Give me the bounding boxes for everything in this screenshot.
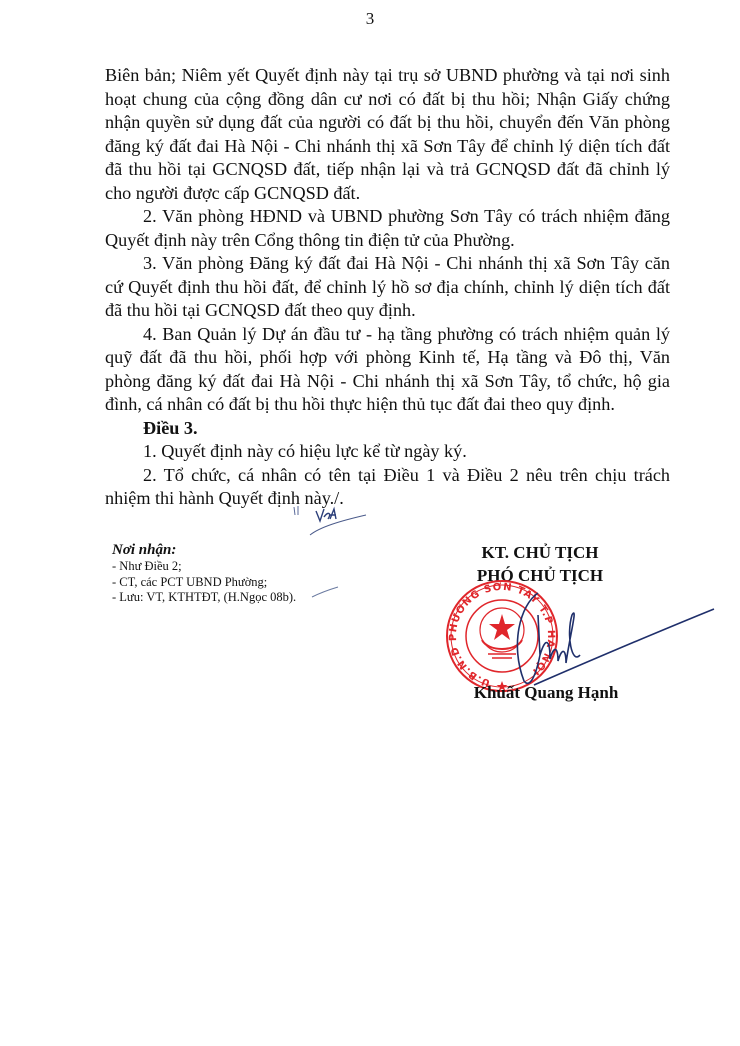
- paragraph-item-2: 2. Văn phòng HĐND và UBND phường Sơn Tây…: [105, 205, 670, 252]
- article-3-heading: Điều 3.: [105, 417, 670, 441]
- document-body: Biên bản; Niêm yết Quyết định này tại tr…: [105, 64, 670, 511]
- paragraph-item-4: 4. Ban Quản lý Dự án đầu tư - hạ tầng ph…: [105, 323, 670, 417]
- recipient-item: - Lưu: VT, KTHTĐT, (H.Ngọc 08b).: [112, 590, 296, 606]
- paragraph-item-3: 3. Văn phòng Đăng ký đất đai Hà Nội - Ch…: [105, 252, 670, 323]
- signer-name: Khuất Quang Hạnh: [446, 683, 646, 703]
- recipient-item: - CT, các PCT UBND Phường;: [112, 575, 296, 591]
- recipients-title: Nơi nhận:: [112, 541, 296, 559]
- signature-title-line1: KT. CHỦ TỊCH: [440, 541, 640, 564]
- check-mark-icon: [310, 585, 340, 599]
- recipients-block: Nơi nhận: - Như Điều 2; - CT, các PCT UB…: [112, 541, 296, 606]
- article-3-item-1: 1. Quyết định này có hiệu lực kể từ ngày…: [105, 440, 670, 464]
- paragraph-continuation: Biên bản; Niêm yết Quyết định này tại tr…: [105, 64, 670, 205]
- recipient-item: - Như Điều 2;: [112, 559, 296, 575]
- page-number: 3: [0, 9, 740, 29]
- handwritten-signature-icon: [500, 585, 720, 695]
- article-3-item-2: 2. Tổ chức, cá nhân có tên tại Điều 1 và…: [105, 464, 670, 511]
- initials-mark-icon: [290, 503, 370, 539]
